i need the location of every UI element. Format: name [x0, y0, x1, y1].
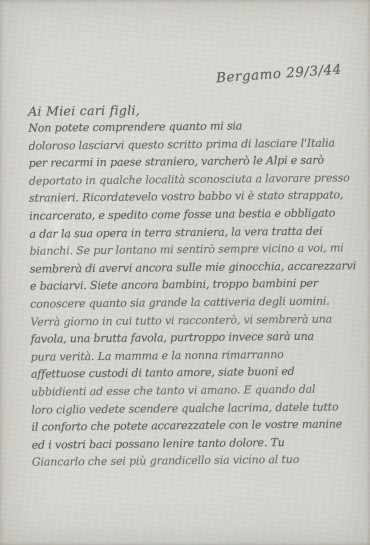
letter-line: Giancarlo che sei più grandicello sia vi… [32, 451, 354, 472]
letter-dateline: Bergamo 29/3/44 [216, 62, 343, 87]
letter-line: Verrà giorno in cui tutto vi racconterò,… [30, 310, 352, 331]
letter-body: Ai Miei cari figli, Non potete comprende… [28, 100, 354, 471]
letter-line: pura verità. La mamma e la nonna rimarra… [31, 345, 353, 366]
letter-line: doloroso lasciarvi questo scritto prima … [28, 134, 350, 155]
letter-text-lines: Non potete comprendere quanto mi siadolo… [28, 116, 354, 471]
letter-line: il conforto che potete accarezzatele con… [31, 415, 353, 436]
letter-line: stranieri. Ricordatevelo vostro babbo vi… [29, 187, 351, 208]
letter-page: Bergamo 29/3/44 Ai Miei cari figli, Non … [0, 0, 370, 545]
letter-line: loro ciglio vedete scendere qualche lacr… [31, 398, 353, 419]
letter-line: bianchi. Se pur lontano mi sentirò sempr… [30, 239, 352, 260]
